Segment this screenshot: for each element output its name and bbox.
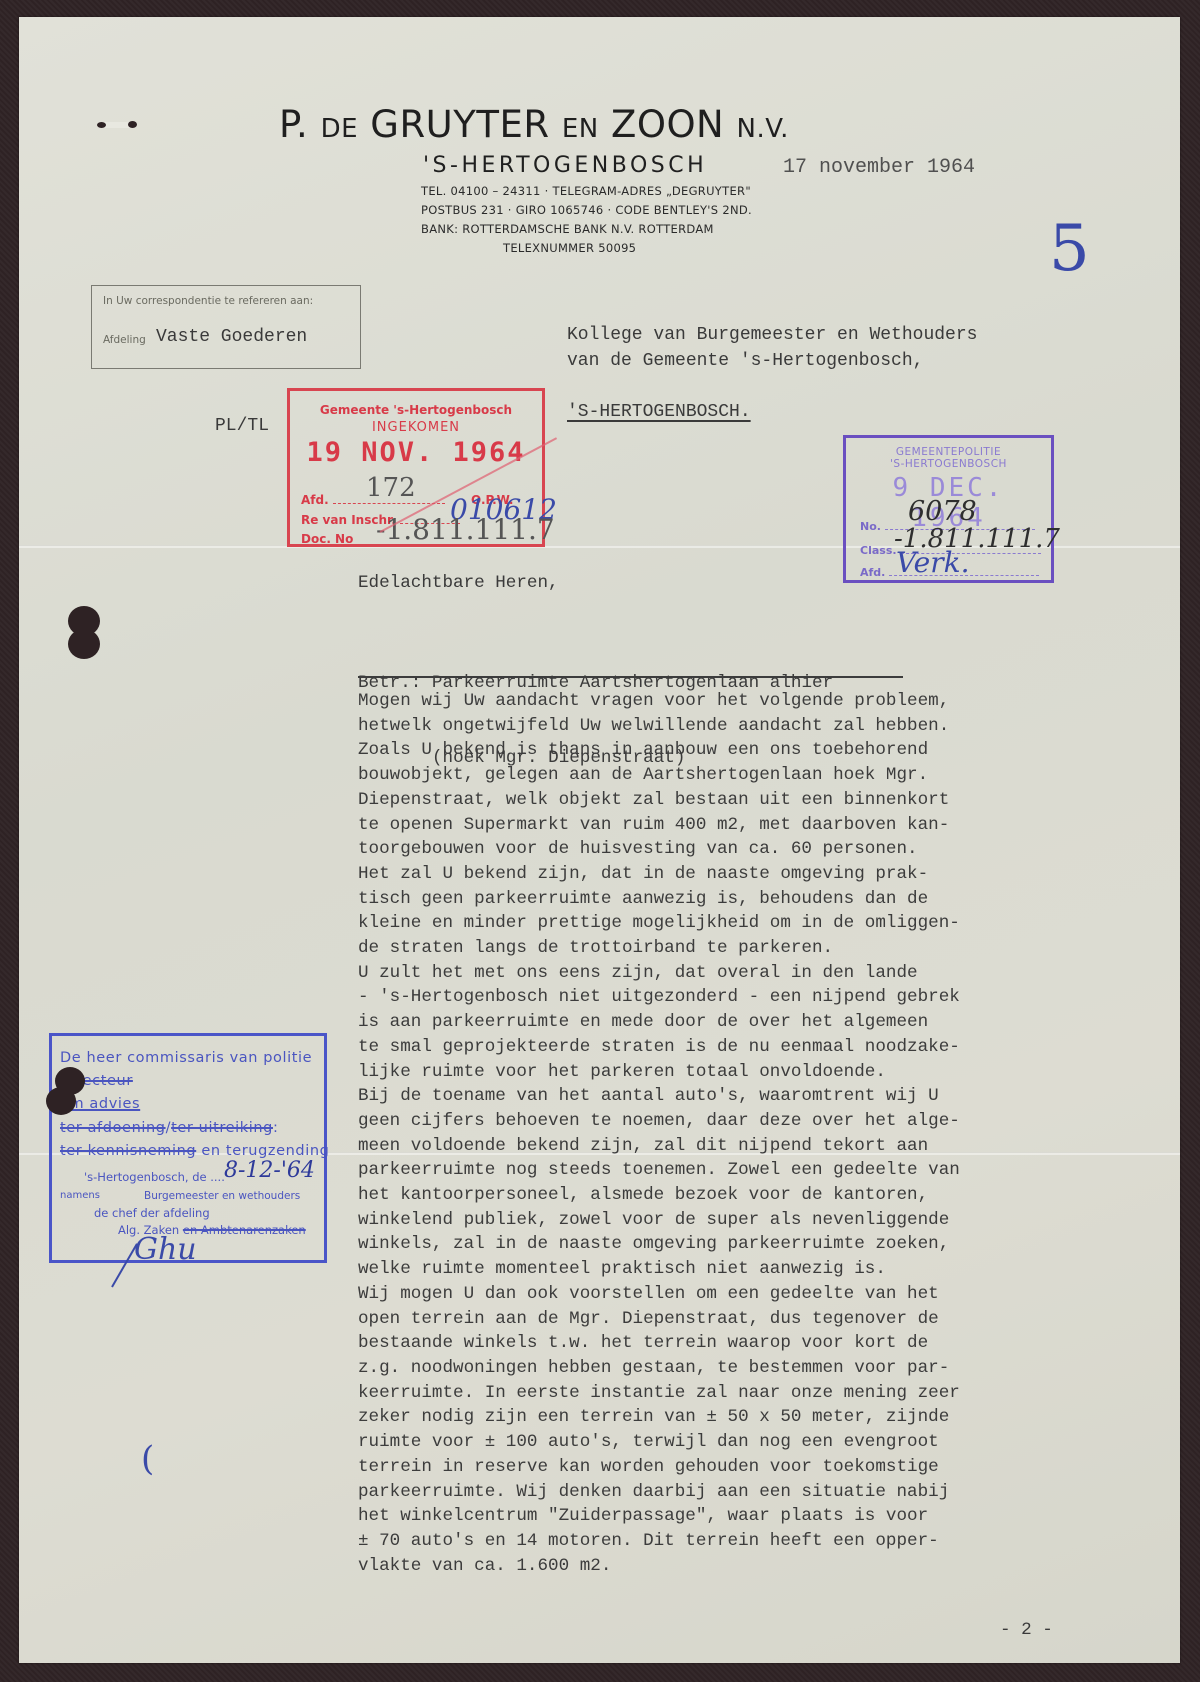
routing-signature: Ghu [134, 1232, 197, 1267]
body-line: lijke ruimte voor het parkeren totaal on… [358, 1060, 960, 1085]
body-line: bestaande winkels t.w. het terrein waaro… [358, 1331, 960, 1356]
body-line: terrein in reserve kan worden gehouden v… [358, 1455, 960, 1480]
afdeling-value: Vaste Goederen [156, 327, 307, 347]
routing-bw: Burgemeester en wethouders [144, 1190, 300, 1202]
contact-block: TEL. 04100 – 24311 · TELEGRAM-ADRES „DEG… [421, 184, 781, 260]
body-line: is aan parkeerruimte en mede door de ove… [358, 1010, 960, 1035]
body-line: Wij mogen U dan ook voorstellen om een g… [358, 1282, 960, 1307]
body-line: zeker nodig zijn een terrein van ± 50 x … [358, 1405, 960, 1430]
body-line: winkelend publiek, zowel voor de super a… [358, 1208, 960, 1233]
addressee-line: van de Gemeente 's-Hertogenbosch, [567, 348, 977, 374]
salutation: Edelachtbare Heren, [358, 573, 559, 593]
routing-namens: namens [60, 1190, 100, 1201]
letter-page: P. DE GRUYTER EN ZOON N.V. 'S-HERTOGENBO… [19, 17, 1180, 1663]
body-line: U zult het met ons eens zijn, dat overal… [358, 961, 960, 986]
body-line: Het zal U bekend zijn, dat in de naaste … [358, 862, 960, 887]
stamp-field-doc: Doc. No [301, 532, 353, 546]
routing-place: 's-Hertogenbosch, de .... [84, 1170, 225, 1184]
letter-date: 17 november 1964 [783, 156, 975, 179]
police-stamp-afd-value: Verk. [896, 546, 969, 579]
addressee-block: Kollege van Burgemeester en Wethouders v… [567, 322, 977, 374]
punch-hole [68, 629, 100, 659]
stamp-afd-value: 172 [366, 473, 416, 503]
contact-line: POSTBUS 231 · GIRO 1065746 · CODE BENTLE… [421, 203, 781, 222]
body-line: Mogen wij Uw aandacht vragen voor het vo… [358, 689, 960, 714]
addressee-line: Kollege van Burgemeester en Wethouders [567, 322, 977, 348]
body-line: de straten langs de trottoirband te park… [358, 936, 960, 961]
reference-label: In Uw correspondentie te refereren aan: [103, 295, 313, 307]
police-stamp-line1: GEMEENTEPOLITIE [846, 446, 1051, 458]
company-name: P. DE GRUYTER EN ZOON N.V. [279, 103, 789, 146]
received-stamp: Gemeente 's-Hertogenbosch INGEKOMEN 19 N… [287, 388, 545, 547]
body-line: toorgebouwen voor de huisvesting van ca.… [358, 837, 960, 862]
stamp-municipality: Gemeente 's-Hertogenbosch [290, 403, 542, 417]
body-line: z.g. noodwoningen hebben gestaan, te bes… [358, 1356, 960, 1381]
body-line: bouwobjekt, gelegen aan de Aartshertogen… [358, 763, 960, 788]
police-stamp: GEMEENTEPOLITIE 'S-HERTOGENBOSCH 9 DEC. … [843, 435, 1054, 583]
body-line: winkels, zal in de naaste omgeving parke… [358, 1232, 960, 1257]
body-line: ± 70 auto's en 14 motoren. Dit terrein h… [358, 1529, 960, 1554]
body-line: Bij de toename van het aantal auto's, wa… [358, 1084, 960, 1109]
body-line: te openen Supermarkt van ruim 400 m2, me… [358, 813, 960, 838]
body-line: open terrein aan de Mgr. Diepenstraat, d… [358, 1307, 960, 1332]
body-line: parkeerruimte. Wij denken daarbij aan ee… [358, 1480, 960, 1505]
body-line: Zoals U bekend is thans in aanbouw een o… [358, 738, 960, 763]
page-number: - 2 - [1000, 1620, 1053, 1640]
contact-line: BANK: ROTTERDAMSCHE BANK N.V. ROTTERDAM [421, 222, 781, 241]
police-stamp-no-value: 6078 [908, 496, 977, 527]
routing-chef: de chef der afdeling [94, 1206, 210, 1220]
handwritten-mark: 5 [1049, 212, 1090, 286]
body-line: geen cijfers behoeven te noemen, daar de… [358, 1109, 960, 1134]
contact-line: TEL. 04100 – 24311 · TELEGRAM-ADRES „DEG… [421, 184, 781, 203]
margin-mark: ( [141, 1439, 154, 1479]
staple-mark [97, 122, 137, 128]
routing-date: 8-12-'64 [224, 1158, 315, 1183]
body-line: ruimte voor ± 100 auto's, terwijl dan no… [358, 1430, 960, 1455]
addressee-city: 'S-HERTOGENBOSCH. [567, 399, 751, 425]
body-line: Diepenstraat, welk objekt zal bestaan ui… [358, 788, 960, 813]
body-line: keerruimte. In eerste instantie zal naar… [358, 1381, 960, 1406]
company-city: 'S-HERTOGENBOSCH [423, 153, 707, 178]
initials: PL/TL [215, 413, 269, 439]
routing-line: ter kennisneming en terugzending [60, 1143, 329, 1159]
subject-underline [358, 676, 903, 678]
body-line: hetwelk ongetwijfeld Uw welwillende aand… [358, 714, 960, 739]
body-line: kleine en minder prettige mogelijkheid o… [358, 911, 960, 936]
body-line: het kantoorpersoneel, alsmede bezoek voo… [358, 1183, 960, 1208]
body-line: parkeerruimte nog steeds toenemen. Zowel… [358, 1158, 960, 1183]
body-line: tisch geen parkeerruimte aanwezig is, be… [358, 887, 960, 912]
routing-line: De heer commissaris van politie [60, 1050, 312, 1066]
stamp-status: INGEKOMEN [290, 420, 542, 435]
letter-body: Mogen wij Uw aandacht vragen voor het vo… [358, 689, 960, 1578]
body-line: meen voldoende bekend zijn, zal dit nijp… [358, 1134, 960, 1159]
afdeling-label: Afdeling [103, 334, 146, 346]
routing-stamp: De heer commissaris van politie Directeu… [49, 1033, 327, 1263]
body-line: het winkelcentrum "Zuiderpassage", waar … [358, 1504, 960, 1529]
body-line: - 's-Hertogenbosch niet uitgezonderd - e… [358, 985, 960, 1010]
reference-box: In Uw correspondentie te refereren aan: … [91, 285, 361, 369]
contact-line: TELEXNUMMER 50095 [421, 241, 781, 260]
police-stamp-line2: 'S-HERTOGENBOSCH [846, 458, 1051, 470]
routing-line: ter afdoening/ter uitreiking: [60, 1120, 278, 1136]
body-line: te smal geprojekteerde straten is de nu … [358, 1035, 960, 1060]
body-line: vlakte van ca. 1.600 m2. [358, 1554, 960, 1579]
body-line: welke ruimte momenteel praktisch niet aa… [358, 1257, 960, 1282]
punch-hole [46, 1087, 76, 1115]
